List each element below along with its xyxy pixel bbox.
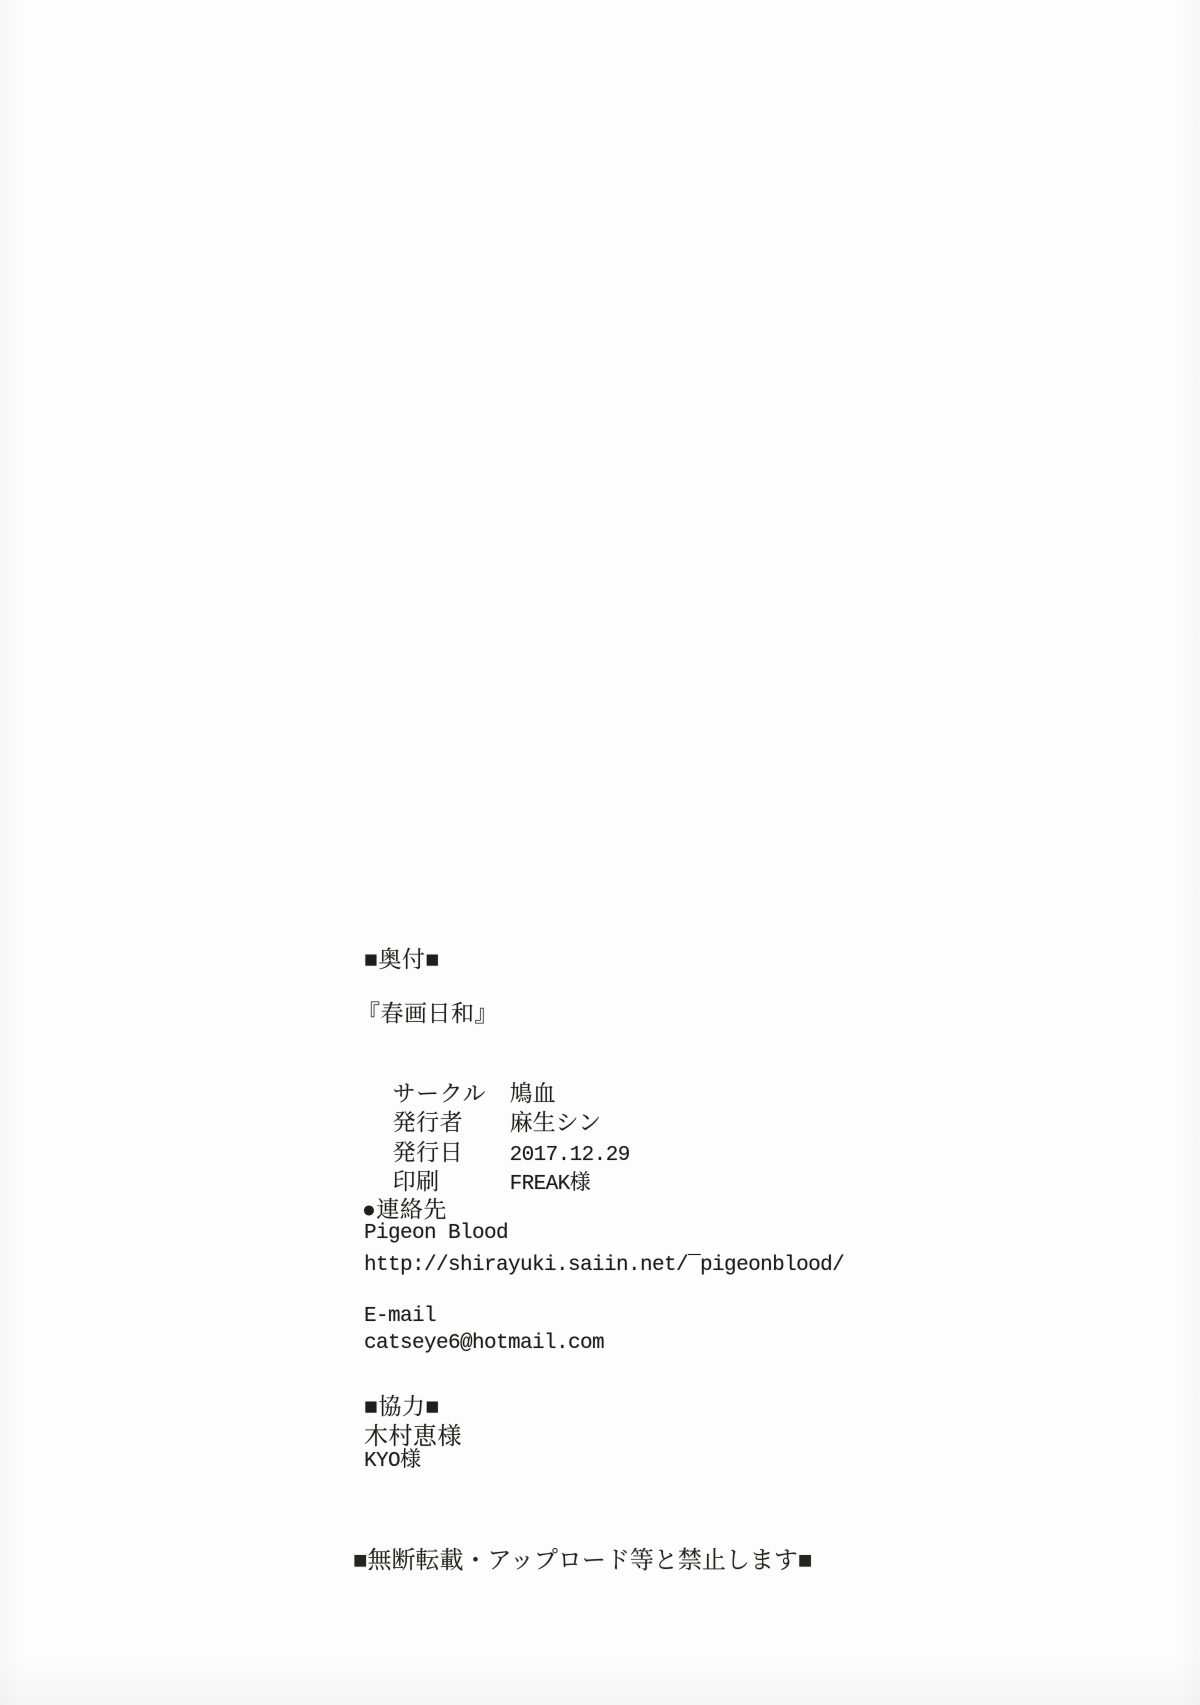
colophon-section-header: ■奥付■ [364,941,440,974]
publication-label: 発行日 [393,1138,510,1168]
website-url: http://shirayuki.saiin.net/‾pigeonblood/ [364,1254,844,1277]
contact-section-header: ●連絡先 [362,1191,447,1224]
cooperation-name: KYO様 [364,1443,420,1473]
book-title: 『春画日和』 [357,995,498,1028]
publication-label: サークル [393,1079,510,1109]
publication-value: 麻生シン [510,1109,601,1135]
email-address: catseye6@hotmail.com [364,1332,604,1355]
publication-value: FREAK様 [510,1173,590,1196]
publication-value: 2017.12.29 [510,1144,630,1167]
publication-details: サークル鳩血 発行者麻生シン 発行日2017.12.29 印刷FREAK様 [366,1049,630,1167]
circle-name: Pigeon Blood [364,1222,508,1245]
email-label: E-mail [364,1305,436,1328]
publication-value: 鳩血 [510,1080,556,1106]
publication-row-circle: サークル鳩血 [366,1049,630,1079]
scanned-colophon-page: ■奥付■ 『春画日和』 サークル鳩血 発行者麻生シン 発行日2017.12.29… [0,0,1200,1705]
reproduction-prohibited-notice: ■無断転載・アップロード等と禁止します■ [353,1540,812,1575]
publication-label: 発行者 [393,1108,510,1138]
